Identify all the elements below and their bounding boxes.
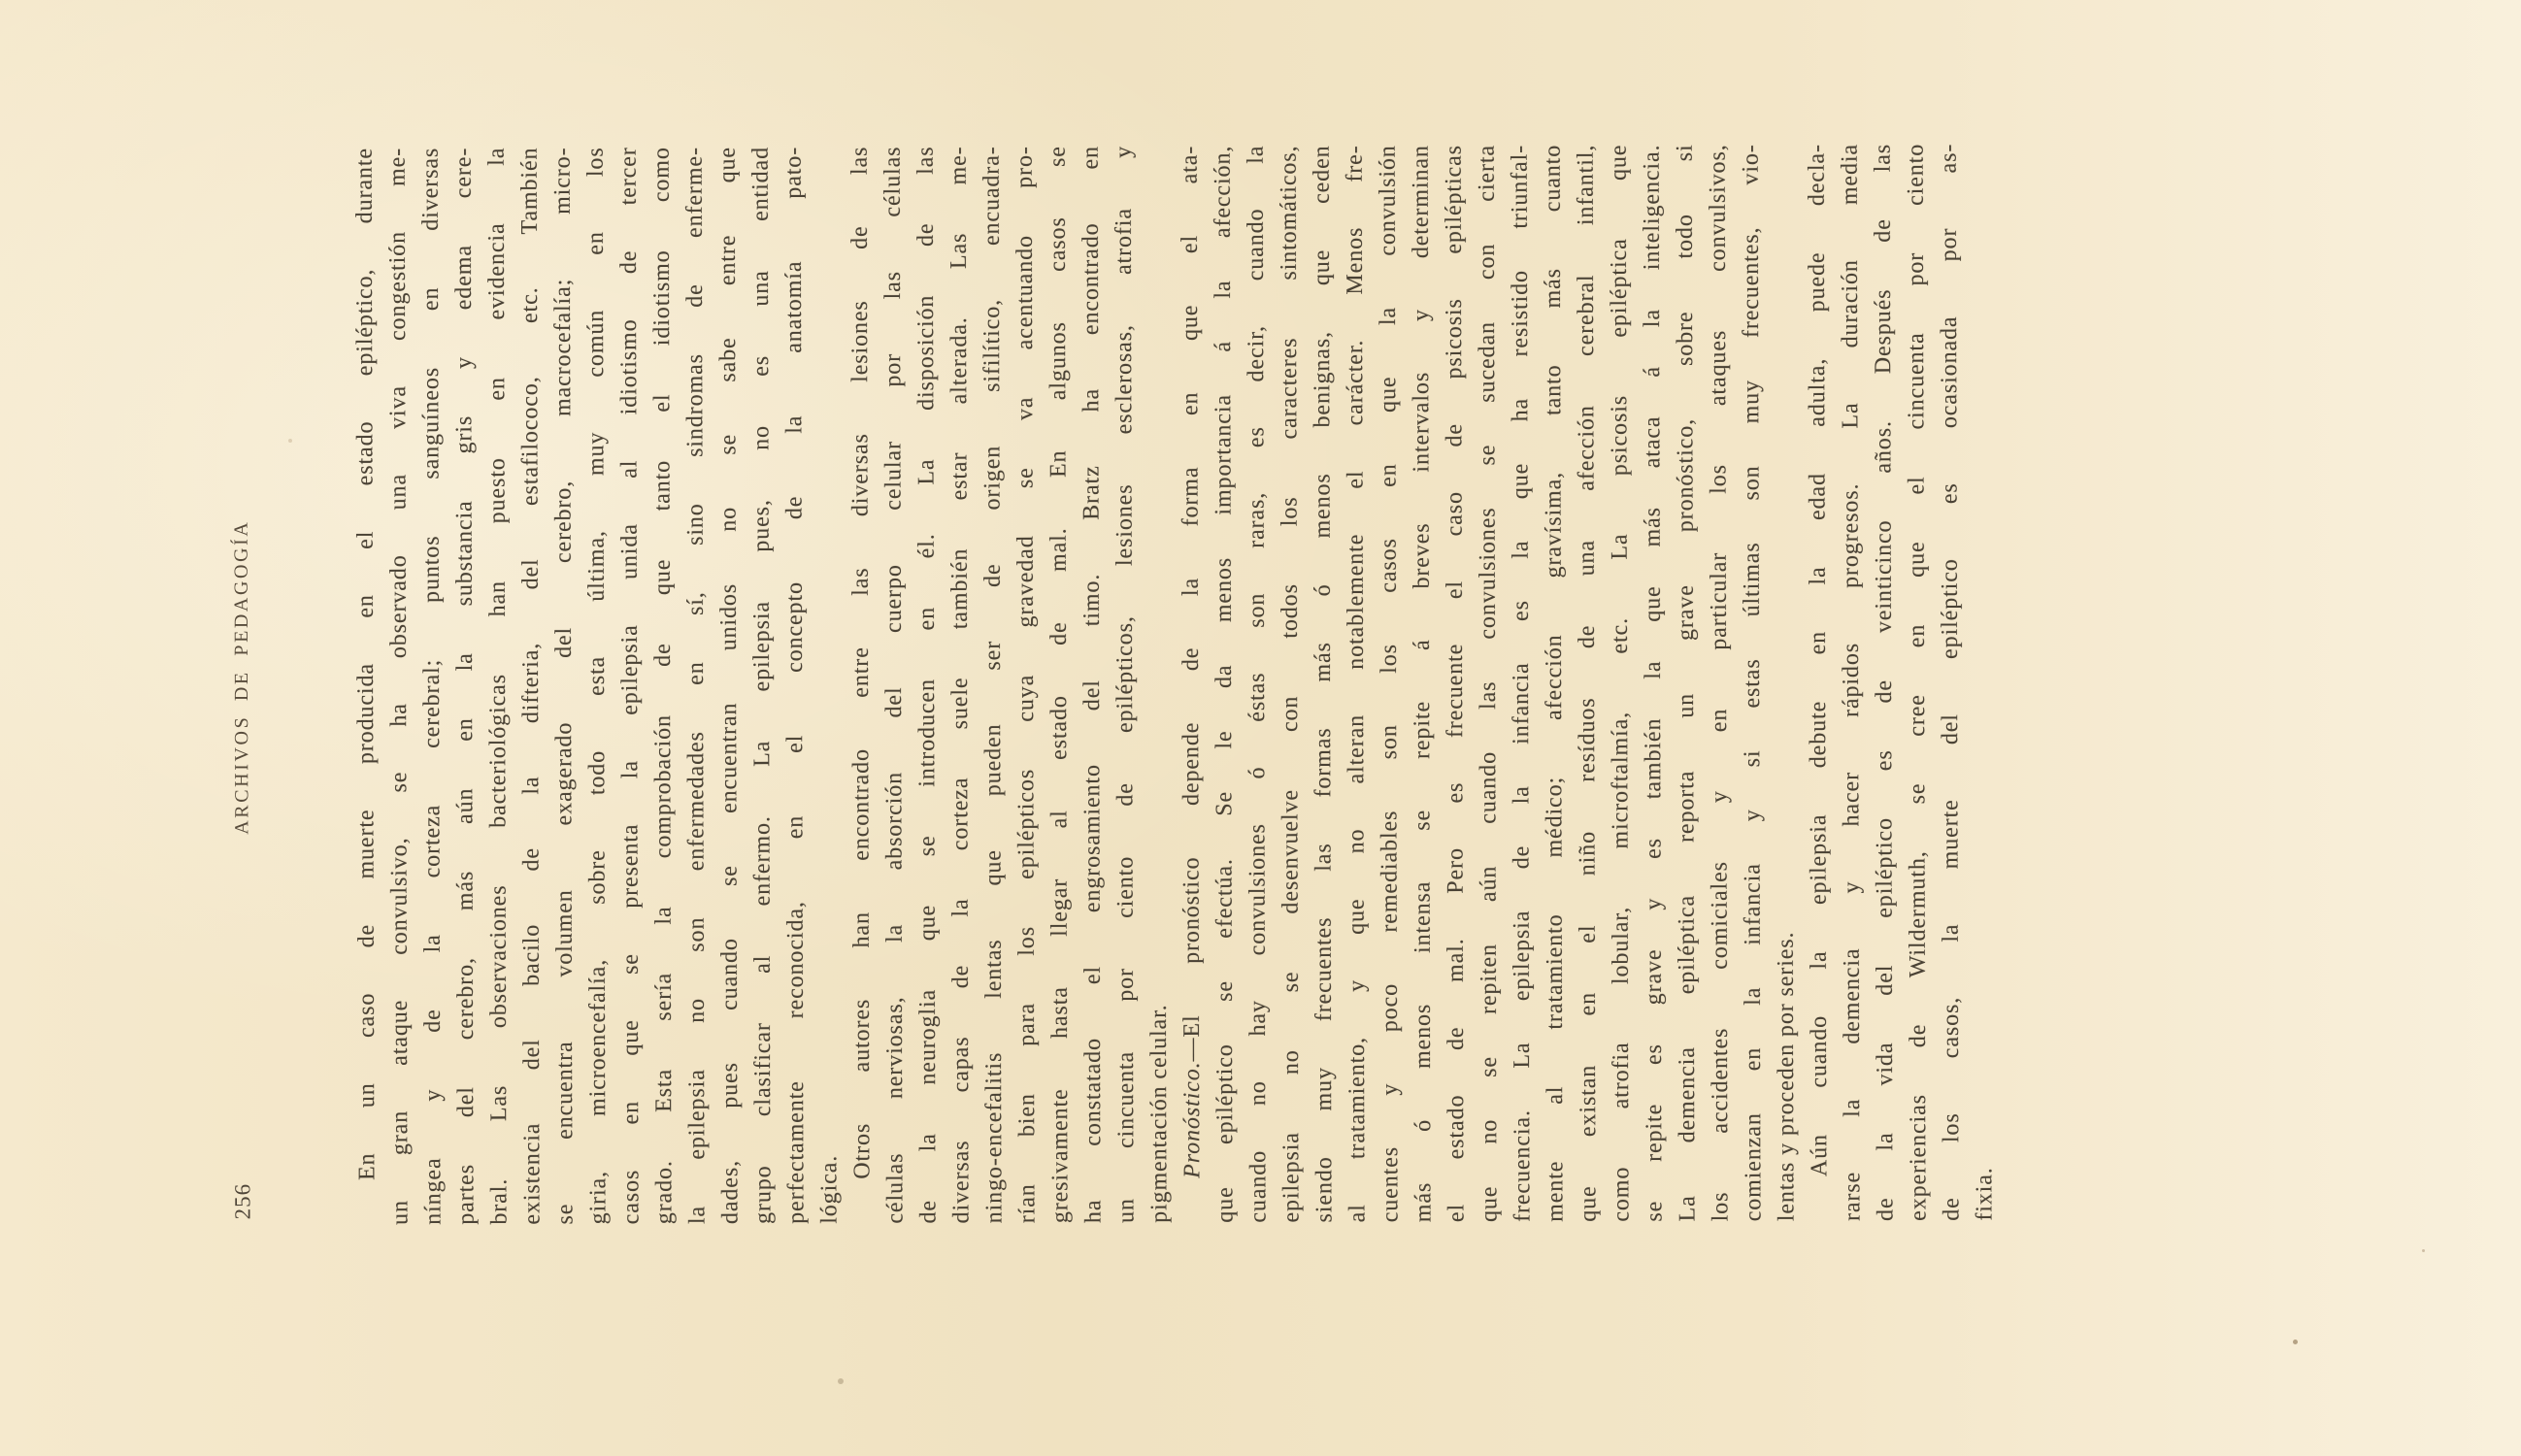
text-line: frecuencia. La epilepsia de la infancia … [1504, 145, 1540, 1222]
text-line: ningo-encefalitis lentas que pueden ser … [976, 146, 1012, 1223]
text-line: Pronóstico.—El pronóstico depende de la … [1174, 146, 1210, 1223]
text-line: que epiléptico se efectúa. Se le da meno… [1207, 146, 1243, 1223]
text-line: la epilepsia no son enfermedades en sí, … [679, 147, 714, 1224]
running-header: 256 ARCHIVOS DE PEDAGOGÍA [218, 148, 272, 1225]
text-line: cuando no hay convulsiones ó éstas son r… [1240, 146, 1276, 1223]
text-line: se encuentra volumen exagerado del cereb… [547, 147, 582, 1224]
text-line: partes del cerebro, más aún en la substa… [448, 148, 483, 1225]
text-line: La demencia epiléptica reporta un grave … [1669, 144, 1705, 1221]
text-line: existencia del bacilo de la difteria, de… [514, 148, 549, 1225]
paper-speck [2422, 1249, 2425, 1252]
body-text: En un caso de muerte producida en el est… [348, 144, 2002, 1225]
text-line: cuentes y poco remediables son los casos… [1372, 145, 1408, 1222]
scanned-book-page-canvas: { "page": { "number": "256", "title": "A… [0, 0, 2521, 1456]
paper-speck [838, 1378, 844, 1384]
text-line: como atrofia lobular, microftalmía, etc.… [1603, 145, 1639, 1222]
text-line: Otros autores han encontrado entre las d… [844, 147, 879, 1224]
text-line: experiencias de Wildermuth, se cree en q… [1900, 144, 1936, 1221]
text-line: rarse la demencia y hacer rápidos progre… [1834, 144, 1870, 1221]
journal-title: ARCHIVOS DE PEDAGOGÍA [231, 520, 254, 835]
text-line: los accidentes comiciales y en particula… [1702, 144, 1738, 1221]
text-line: En un caso de muerte producida en el est… [348, 148, 384, 1225]
text-line: comienzan en la infancia y si estas últi… [1735, 144, 1771, 1221]
text-line: perfectamente reconocida, en el concepto… [778, 147, 813, 1224]
text-line: al tratamiento, y que no alteran notable… [1339, 145, 1375, 1222]
text-line: dades, pues cuando se encuentran unidos … [712, 147, 747, 1224]
paper-speck [2293, 1340, 2298, 1344]
text-line: bral. Las observaciones bacteriológicas … [481, 148, 516, 1225]
book-page: 256 ARCHIVOS DE PEDAGOGÍA En un caso de … [213, 144, 2050, 1226]
text-line: ha constatado el engrosamiento del timo.… [1075, 146, 1111, 1223]
text-line: giria, microencefalía, sobre todo esta ú… [580, 147, 615, 1224]
text-line: rían bien para los epilépticos cuya grav… [1009, 146, 1045, 1223]
text-line: grado. Esta sería la comprobación de que… [646, 147, 681, 1224]
text-line: se repite es grave y es también la que m… [1636, 145, 1672, 1222]
paragraph-lead-italic: Pronóstico. [1179, 1061, 1205, 1177]
text-line: mente al tratamiento médico; afección gr… [1537, 145, 1573, 1222]
text-line: lógica. [811, 147, 846, 1224]
text-line: gresivamente hasta llegar al estado de m… [1042, 146, 1078, 1223]
text-line: níngea y de la corteza cerebral; puntos … [415, 148, 450, 1225]
text-line: células nerviosas, la absorción del cuer… [877, 147, 912, 1224]
paper-speck [288, 439, 292, 443]
text-line: Aún cuando la epilepsia debute en la eda… [1801, 144, 1837, 1221]
paragraph-4: Aún cuando la epilepsia debute en la eda… [1801, 144, 2002, 1222]
text-line: grupo clasificar al enfermo. La epilepsi… [745, 147, 780, 1224]
text-line: el estado de mal. Pero es frecuente el c… [1438, 145, 1474, 1222]
text-line: de los casos, la muerte del epiléptico e… [1933, 144, 1969, 1221]
text-line: de la vida del epiléptico es de veintici… [1867, 144, 1903, 1221]
text-line: fixia. [1966, 144, 2002, 1221]
text-line: un gran ataque convulsivo, se ha observa… [381, 148, 417, 1225]
text-line: que existan en el niño resíduos de una a… [1570, 145, 1606, 1222]
text-line: que no se repiten aún cuando las convuls… [1471, 145, 1507, 1222]
text-line: un cincuenta por ciento de epilépticos, … [1108, 146, 1144, 1223]
text-line: más ó menos intensa se repite á breves i… [1405, 145, 1441, 1222]
text-line: siendo muy frecuentes las formas más ó m… [1306, 145, 1342, 1222]
text-line: diversas capas de la corteza suele tambi… [943, 146, 979, 1223]
paragraph-3-pronostico: Pronóstico.—El pronóstico depende de la … [1174, 144, 1804, 1223]
text-line: pigmentación celular. [1141, 146, 1177, 1223]
text-line: epilepsia no se desenvuelve con todos lo… [1273, 146, 1309, 1223]
text-line: lentas y proceden por series. [1768, 144, 1804, 1221]
paragraph-2: Otros autores han encontrado entre las d… [844, 146, 1177, 1224]
text-line: de la neuroglia que se introducen en él.… [910, 147, 945, 1224]
text-line: casos en que se presenta la epilepsia un… [613, 147, 648, 1224]
paragraph-1: En un caso de muerte producida en el est… [348, 147, 846, 1225]
page-number: 256 [230, 1183, 255, 1220]
